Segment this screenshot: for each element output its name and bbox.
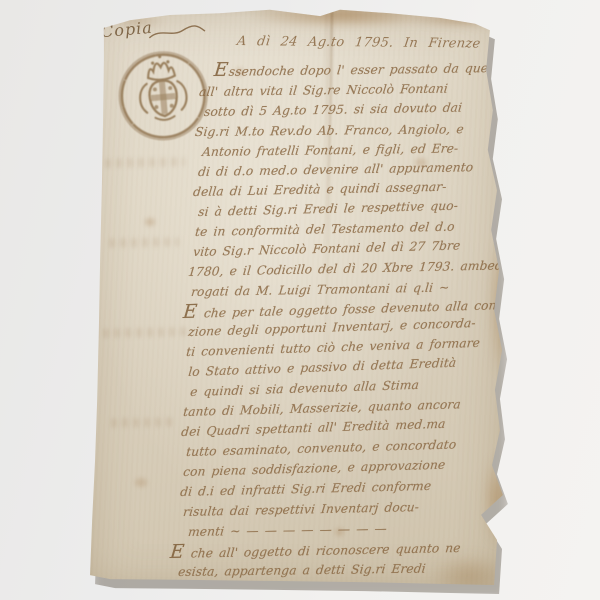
manuscript-line: te in conformità del Testamento del d.o <box>194 219 455 240</box>
manuscript-line: si à detti Sig.ri Eredi le respettive qu… <box>197 198 458 220</box>
manuscript-line: menti ~ — — — — — — — — <box>187 521 387 540</box>
manuscript-line: di di d.o med.o devenire all' appurament… <box>197 159 474 180</box>
manuscript-line: risulta dai respettivi Inventarj docu- <box>182 499 419 520</box>
manuscript-line: Antonio fratelli Fontani, e figli, ed Er… <box>201 140 459 160</box>
manuscript-line: e quindi si sia devenuto alla Stima <box>190 377 420 400</box>
photo-background: Copia <box>0 0 600 600</box>
manuscript-line: E che all' oggetto di riconoscere quanto… <box>169 538 461 562</box>
manuscript-line: dei Quadri spettanti all' Eredità med.ma <box>181 416 447 440</box>
manuscript-line: 1780, e il Codicillo del dì 20 Xbre 1793… <box>187 257 519 280</box>
manuscript-line: vito Sig.r Niccolò Fontani del dì 27 7br… <box>192 237 461 260</box>
manuscript-line: tutto esaminato, convenuto, e concordato <box>185 436 457 460</box>
manuscript-line: Sig.ri M.to Rev.do Ab. Franco, Angiolo, … <box>194 121 464 140</box>
manuscript-line: Essendoche dopo l' esser passato da ques… <box>213 58 508 80</box>
manuscript-page: Copia <box>85 8 505 592</box>
manuscript-line: all' altra vita il Sig.re Niccolò Fontan… <box>198 81 448 100</box>
manuscript-line: esista, appartenga a detti Sig.ri Eredi <box>177 561 426 580</box>
manuscript-line: con piena soddisfazione, e approvazione <box>182 457 446 480</box>
manuscript-text: Essendoche dopo l' esser passato da ques… <box>85 8 505 592</box>
manuscript-line: della di Lui Eredità e quindi assegnar- <box>192 179 447 200</box>
manuscript-line: sotto dì 5 Ag.to 1795. si sia dovuto dai <box>203 100 463 120</box>
manuscript-line: di d.i ed infratti Sig.ri Eredi conforme <box>179 478 432 500</box>
